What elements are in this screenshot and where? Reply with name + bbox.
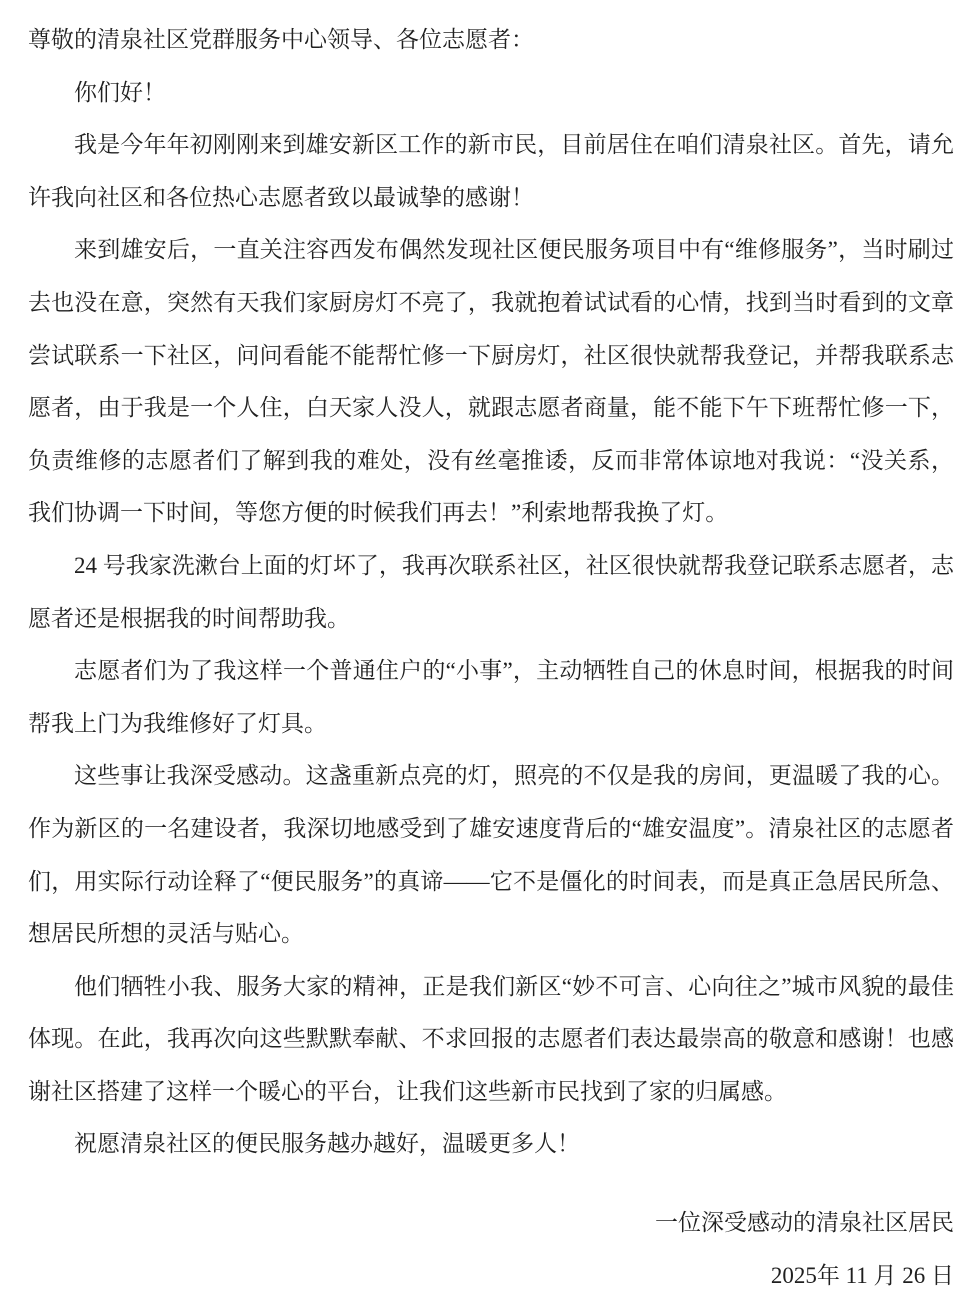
letter-paragraph-intro: 我是今年年初刚刚来到雄安新区工作的新市民，目前居住在咱们清泉社区。首先，请允许我… xyxy=(28,119,954,224)
letter-paragraph-closing: 祝愿清泉社区的便民服务越办越好，温暖更多人！ xyxy=(28,1118,954,1171)
letter-paragraph-greeting: 你们好！ xyxy=(28,67,954,120)
letter-paragraph-praise: 他们牺牲小我、服务大家的精神，正是我们新区“妙不可言、心向往之”城市风貌的最佳体… xyxy=(28,961,954,1119)
signature-block: 一位深受感动的清泉社区居民 2025年 11 月 26 日 xyxy=(28,1197,954,1299)
letter-paragraph-reflection: 这些事让我深受感动。这盏重新点亮的灯，照亮的不仅是我的房间，更温暖了我的心。作为… xyxy=(28,750,954,960)
letter-date: 2025年 11 月 26 日 xyxy=(28,1250,954,1299)
letter-paragraph-story-1: 来到雄安后，一直关注容西发布偶然发现社区便民服务项目中有“维修服务”，当时刷过去… xyxy=(28,224,954,540)
letter-page: 尊敬的清泉社区党群服务中心领导、各位志愿者： 你们好！ 我是今年年初刚刚来到雄安… xyxy=(0,0,980,1299)
letter-signature: 一位深受感动的清泉社区居民 xyxy=(28,1197,954,1250)
letter-paragraph-story-3: 志愿者们为了我这样一个普通住户的“小事”，主动牺牲自己的休息时间，根据我的时间帮… xyxy=(28,645,954,750)
letter-paragraph-story-2: 24 号我家洗漱台上面的灯坏了，我再次联系社区，社区很快就帮我登记联系志愿者，志… xyxy=(28,540,954,645)
letter-salutation: 尊敬的清泉社区党群服务中心领导、各位志愿者： xyxy=(28,14,954,67)
